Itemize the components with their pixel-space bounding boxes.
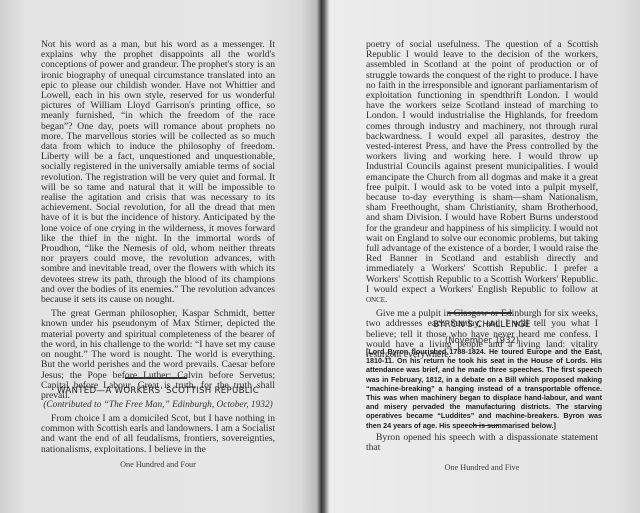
left-section-paragraph: From choice I am a domiciled Scot, but I… bbox=[41, 414, 275, 455]
right-continuation-end: once. bbox=[366, 294, 387, 305]
section-subtitle-date: (November 1932) bbox=[366, 335, 598, 345]
section-divider-rule bbox=[125, 377, 187, 379]
right-continuation-text: poetry of social usefulness. The questio… bbox=[366, 39, 598, 295]
page-number-right: One Hundred and Five bbox=[366, 463, 598, 472]
book-spread: Not his word as a man, but his word as a… bbox=[0, 0, 640, 513]
left-continuation-paragraph: Not his word as a man, but his word as a… bbox=[41, 40, 275, 305]
right-page: poetry of social usefulness. The questio… bbox=[322, 0, 640, 513]
editorial-note: [Lord Byron flourished 1788-1824. He tou… bbox=[366, 347, 602, 430]
right-continuation-paragraph: poetry of social usefulness. The questio… bbox=[366, 40, 598, 305]
section-title-scottish-republic: WANTED—A WORKERS' SCOTTISH REPUBLIC bbox=[41, 386, 275, 396]
note-divider-rule bbox=[472, 425, 498, 426]
left-section-body: From choice I am a domiciled Scot, but I… bbox=[41, 414, 275, 455]
left-page-body: Not his word as a man, but his word as a… bbox=[41, 40, 275, 401]
left-page: Not his word as a man, but his word as a… bbox=[0, 0, 320, 513]
section-subtitle-free-man: (Contributed to “The Free Man,” Edinburg… bbox=[41, 400, 275, 410]
section-title-byron: BYRON'S CHALLENGE bbox=[366, 320, 598, 330]
right-section-body: Byron opened his speech with a dispassio… bbox=[366, 433, 598, 453]
right-section-paragraph: Byron opened his speech with a dispassio… bbox=[366, 433, 598, 453]
page-number-left: One Hundred and Four bbox=[41, 460, 275, 469]
section-divider-rule bbox=[448, 312, 512, 314]
